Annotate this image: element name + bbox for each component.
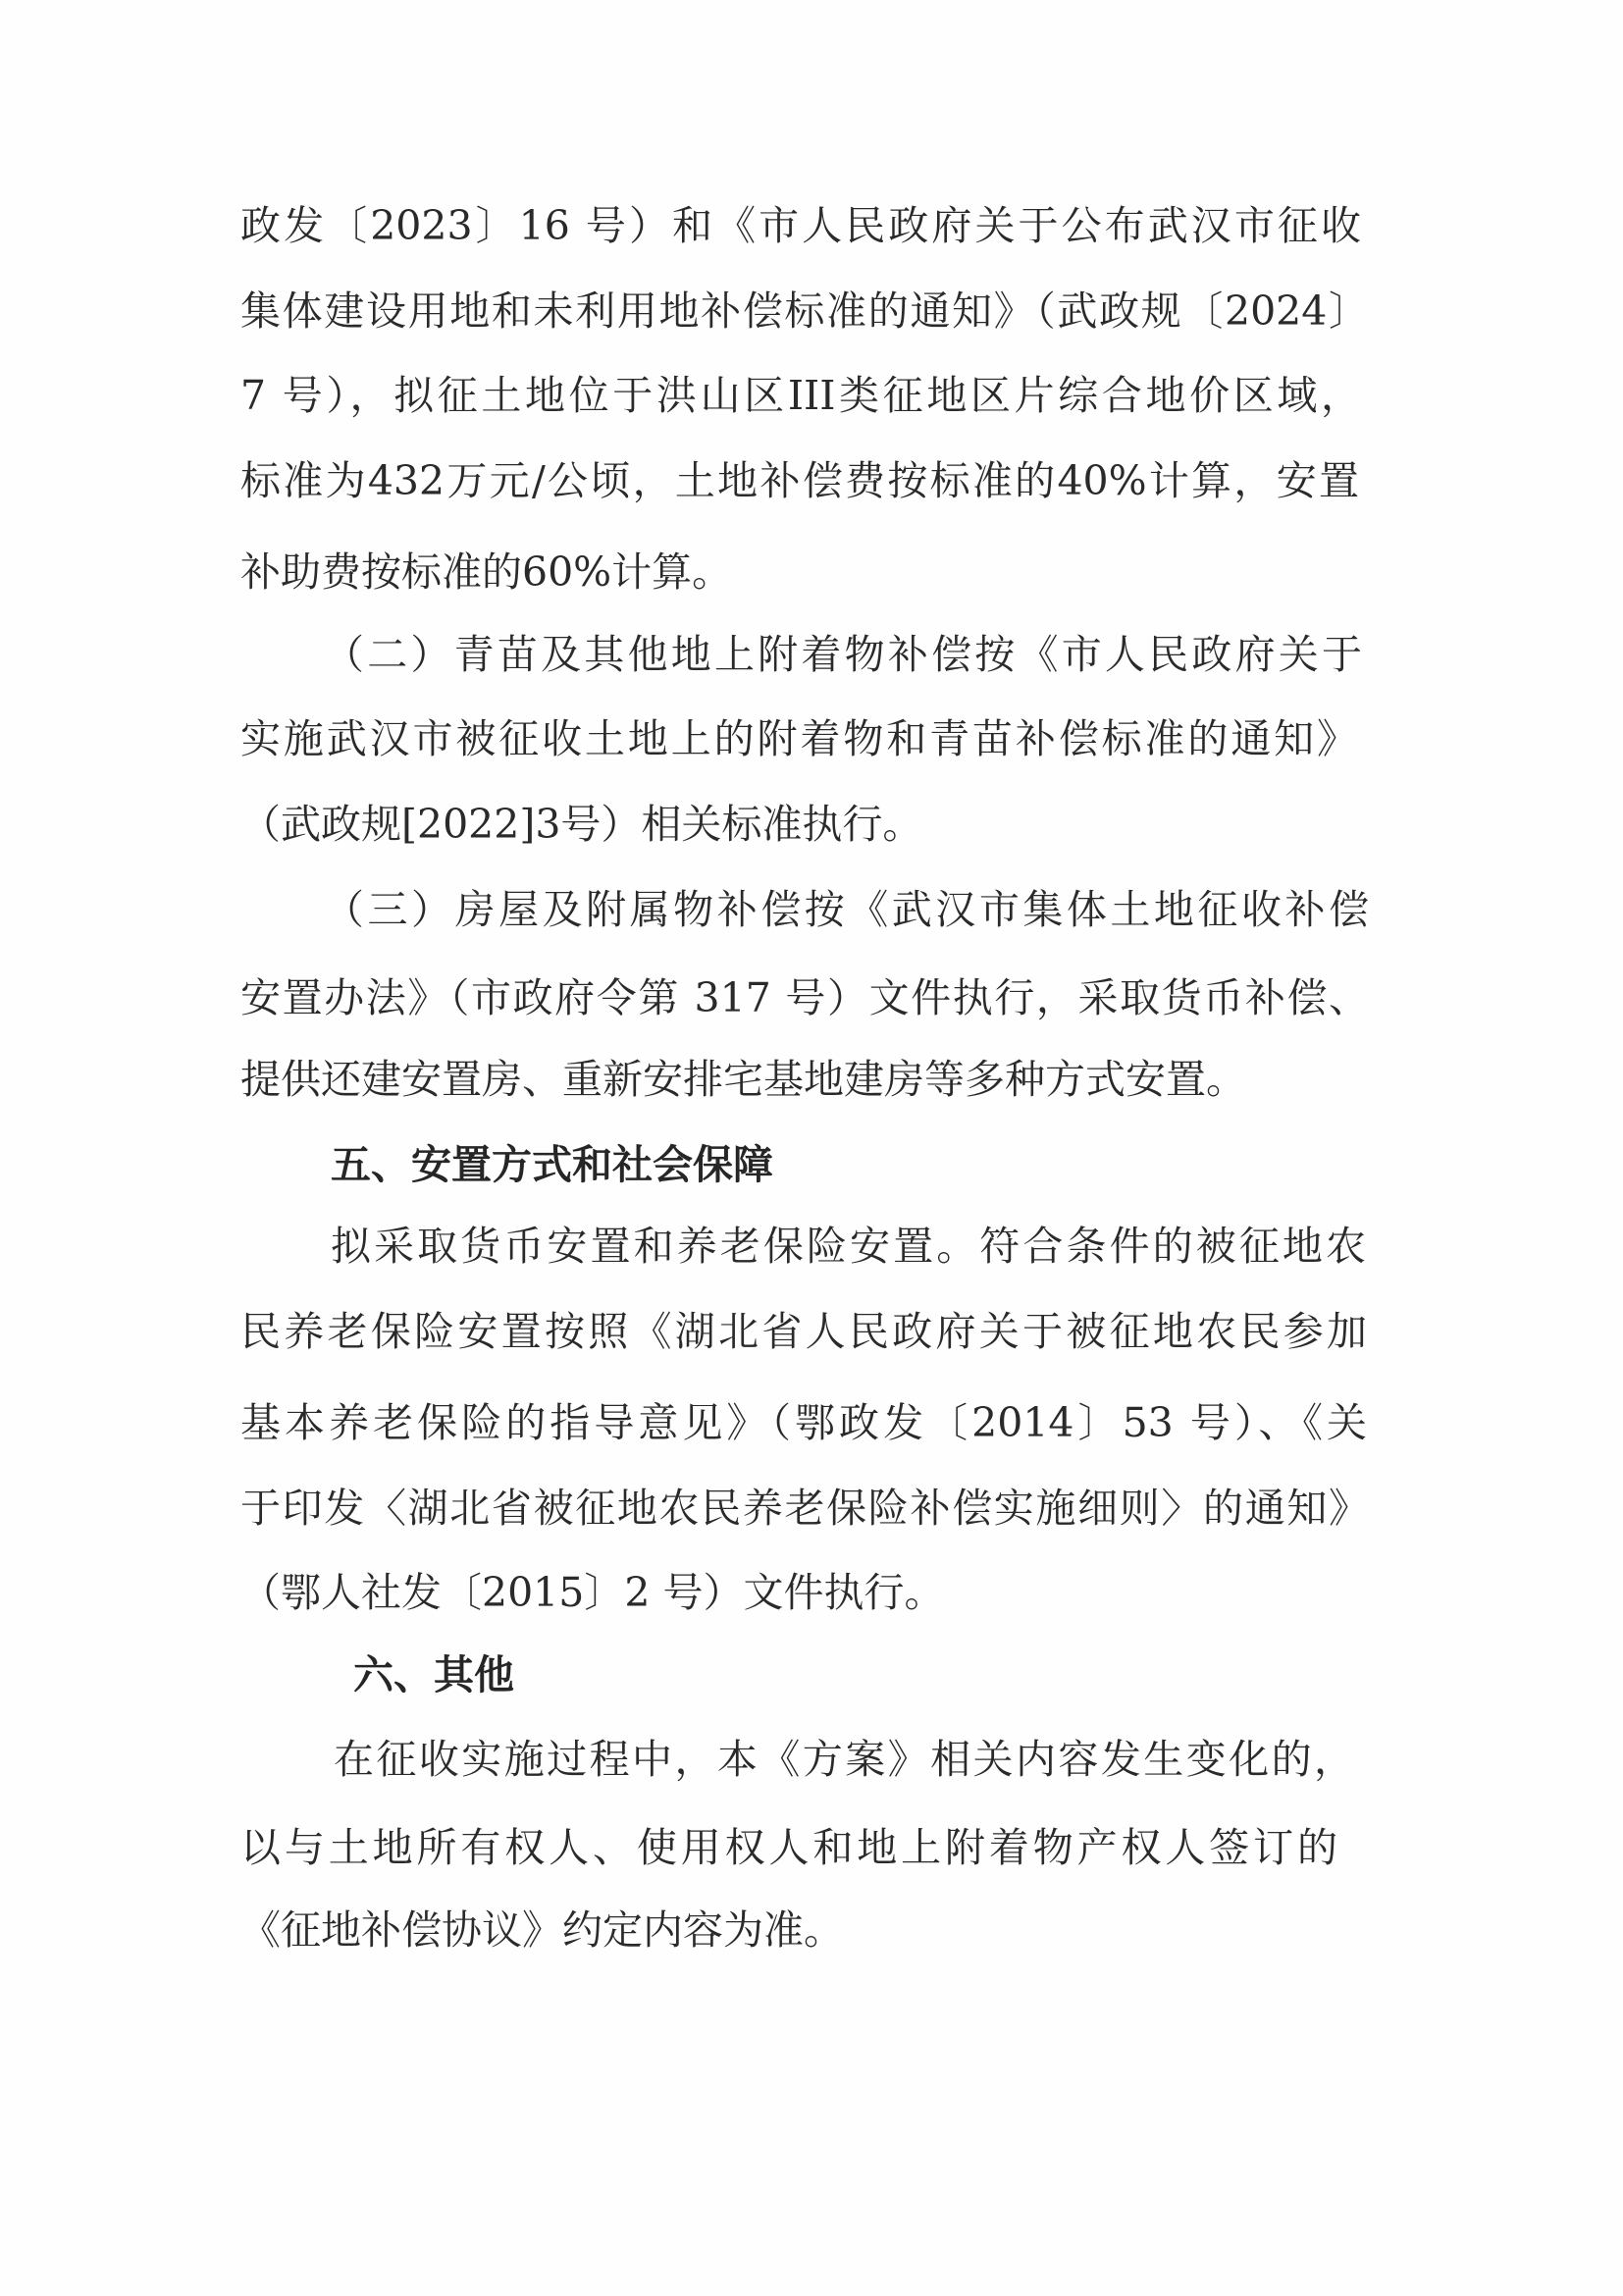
body-line: 在征收实施过程中，本《方案》相关内容发生变化的， [334, 1730, 1354, 1789]
body-line: 《征地补偿协议》约定内容为准。 [240, 1901, 844, 1959]
body-line: 于印发〈湖北省被征地农民养老保险补偿实施细则〉的通知》 [240, 1479, 1369, 1538]
body-line: （三）房屋及附属物补偿按《武汉市集体土地征收补偿 [324, 880, 1369, 939]
section-heading: 五、安置方式和社会保障 [331, 1135, 773, 1194]
body-line: 基本养老保险的指导意见》（鄂政发〔2014〕53 号）、《关 [240, 1393, 1367, 1452]
body-line: 安置办法》（市政府令第 317 号）文件执行，采取货币补偿、 [240, 968, 1369, 1027]
body-line: （二）青苗及其他地上附着物补偿按《市人民政府关于 [324, 625, 1362, 684]
document-page: 政发〔2023〕16 号）和《市人民政府关于公布武汉市征收 集体建设用地和未利用… [0, 0, 1623, 2296]
body-line: （武政规[2022]3号）相关标准执行。 [240, 795, 922, 854]
body-line: 民养老保险安置按照《湖北省人民政府关于被征地农民参加 [240, 1302, 1367, 1361]
body-line: 拟采取货币安置和养老保险安置。符合条件的被征地农 [331, 1217, 1366, 1276]
body-line: 7 号），拟征土地位于洪山区III类征地区片综合地价区域， [240, 366, 1361, 425]
body-line: （鄂人社发〔2015〕2 号）文件执行。 [240, 1563, 944, 1622]
body-line: 以与土地所有权人、使用权人和地上附着物产权人签订的 [240, 1818, 1337, 1877]
body-line: 补助费按标准的60%计算。 [240, 543, 732, 601]
body-line: 实施武汉市被征收土地上的附着物和青苗补偿标准的通知》 [240, 709, 1357, 768]
body-line: 集体建设用地和未利用地补偿标准的通知》（武政规〔2024〕 [240, 282, 1369, 340]
section-heading: 六、其他 [353, 1645, 514, 1704]
body-line: 政发〔2023〕16 号）和《市人民政府关于公布武汉市征收 [240, 196, 1361, 255]
body-line: 标准为432万元/公顷，土地补偿费按标准的40%计算，安置 [240, 451, 1359, 510]
body-line: 提供还建安置房、重新安排宅基地建房等多种方式安置。 [240, 1050, 1246, 1109]
